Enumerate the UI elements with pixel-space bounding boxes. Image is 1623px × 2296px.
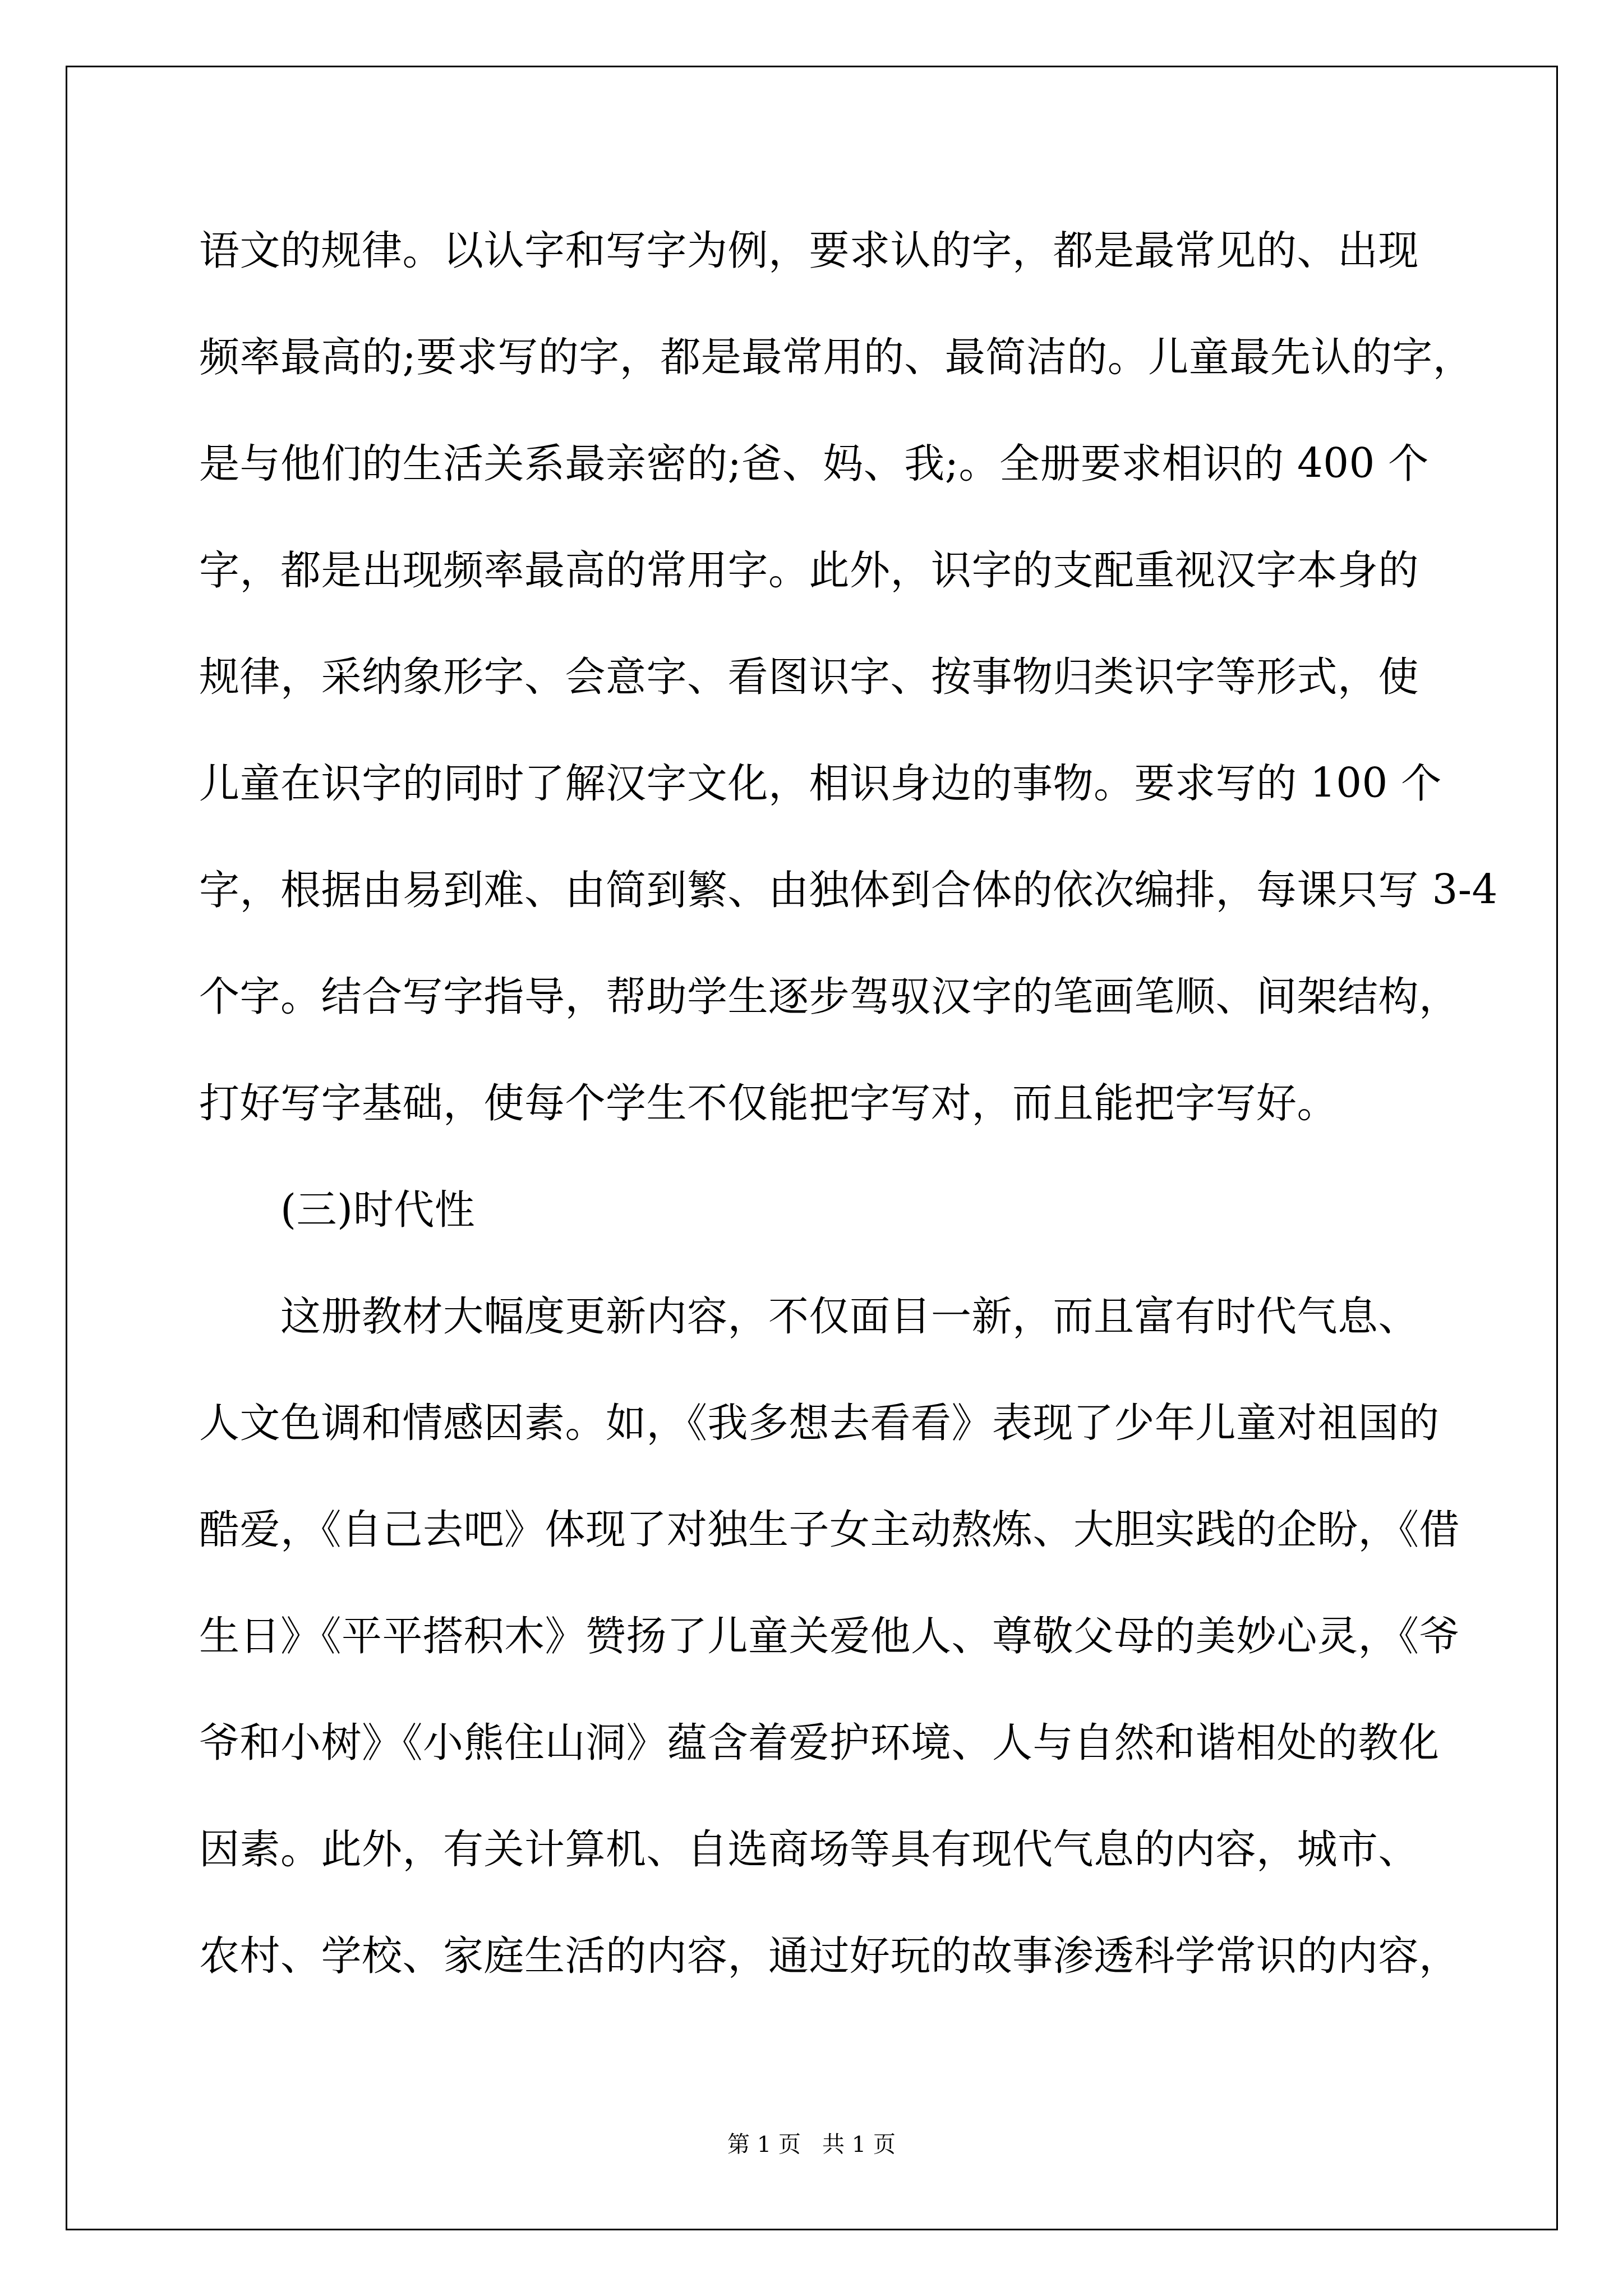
text-line: 是与他们的生活关系最亲密的;爸、妈、我;。全册要求相识的 400 个: [199, 410, 1489, 517]
paragraph-first-line: 这册教材大幅度更新内容，不仅面目一新，而且富有时代气息、: [199, 1263, 1489, 1369]
document-body: 语文的规律。以认字和写字为例，要求认的字，都是最常见的、出现 频率最高的;要求写…: [199, 197, 1489, 2009]
section-heading: (三)时代性: [199, 1156, 1489, 1263]
text-line: 爷和小树》《小熊住山洞》蕴含着爱护环境、人与自然和谐相处的教化: [199, 1689, 1489, 1796]
text-line: 儿童在识字的同时了解汉字文化，相识身边的事物。要求写的 100 个: [199, 730, 1489, 836]
text-line: 个字。结合写字指导，帮助学生逐步驾驭汉字的笔画笔顺、间架结构，: [199, 943, 1489, 1050]
text-line: 频率最高的;要求写的字，都是最常用的、最简洁的。儿童最先认的字，: [199, 303, 1489, 410]
text-line: 字，都是出现频率最高的常用字。此外，识字的支配重视汉字本身的: [199, 517, 1489, 623]
text-line: 生日》《平平搭积木》赞扬了儿童关爱他人、尊敬父母的美妙心灵，《爷: [199, 1582, 1489, 1689]
text-line: 规律，采纳象形字、会意字、看图识字、按事物归类识字等形式，使: [199, 623, 1489, 730]
text-line: 酷爱，《自己去吧》体现了对独生子女主动熬炼、大胆实践的企盼，《借: [199, 1476, 1489, 1582]
text-line: 字，根据由易到难、由简到繁、由独体到合体的依次编排，每课只写 3-4: [199, 836, 1489, 943]
text-line: 农村、学校、家庭生活的内容，通过好玩的故事渗透科学常识的内容，: [199, 1902, 1489, 2009]
text-line: 因素。此外，有关计算机、自选商场等具有现代气息的内容，城市、: [199, 1796, 1489, 1902]
text-line: 人文色调和情感因素。如，《我多想去看看》表现了少年儿童对祖国的: [199, 1369, 1489, 1476]
text-line: 语文的规律。以认字和写字为例，要求认的字，都是最常见的、出现: [199, 197, 1489, 303]
text-line: 打好写字基础，使每个学生不仅能把字写对，而且能把字写好。: [199, 1050, 1489, 1156]
page-number-footer: 第 1 页 共 1 页: [0, 2131, 1623, 2159]
